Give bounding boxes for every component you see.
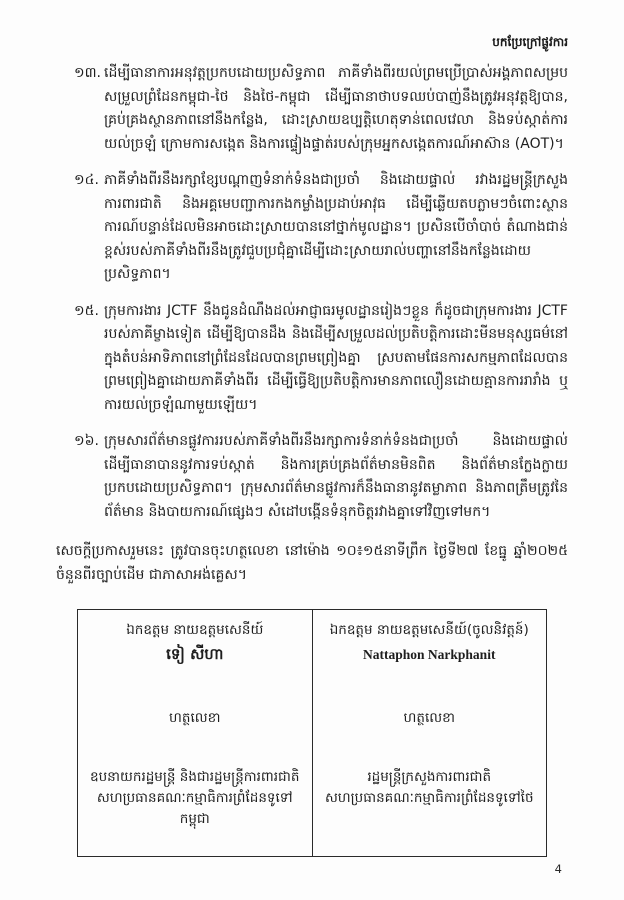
signature-table: ឯកឧត្តម នាយឧត្តមសេនីយ៍ ទៀ សីហា ហត្ថលេខា … (77, 609, 547, 857)
document-body: ១៣. ដើម្បីធានាការអនុវត្តប្រកបដោយប្រសិទ្ធ… (56, 62, 568, 857)
paragraph-15-number: ១៥. (74, 300, 104, 418)
paragraph-14-text: ភាគីទាំងពីរនឹងរក្សាខ្សែបណ្ដាញទំនាក់ទំនងជ… (104, 169, 568, 287)
paragraph-14-number: ១៤. (74, 169, 104, 287)
paragraph-13: ១៣. ដើម្បីធានាការអនុវត្តប្រកបដោយប្រសិទ្ធ… (74, 62, 568, 156)
signatory-role1-thailand: រដ្ឋមន្ត្រីក្រសួងការពារជាតិ (321, 767, 539, 788)
signature-cell-thailand: ឯកឧត្តម នាយឧត្តមសេនីយ៍(ចូលនិវត្តន៍) Natt… (312, 610, 547, 857)
paragraph-16: ១៦. ក្រុមសារព័ត៌មានផ្លូវការរបស់ភាគីទាំងព… (74, 430, 568, 524)
closing-paragraph: សេចក្ដីប្រកាសរួមនេះ ត្រូវបានចុះហត្ថលេខា … (56, 540, 568, 587)
document-page: បកប្រែក្រៅផ្លូវការ ១៣. ដើម្បីធានាការអនុវ… (0, 0, 624, 900)
paragraph-16-text: ក្រុមសារព័ត៌មានផ្លូវការរបស់ភាគីទាំងពីរនឹ… (104, 430, 568, 524)
paragraph-14: ១៤. ភាគីទាំងពីរនឹងរក្សាខ្សែបណ្ដាញទំនាក់ទ… (74, 169, 568, 287)
signatory-title-cambodia: ឯកឧត្តម នាយឧត្តមសេនីយ៍ (86, 620, 304, 641)
paragraph-15-text: ក្រុមការងារ JCTF នឹងជូនដំណឹងដល់អាជ្ញាធរម… (104, 300, 568, 418)
signatory-name-thailand: Nattaphon Narkphanit (321, 645, 539, 666)
paragraph-16-number: ១៦. (74, 430, 104, 524)
paragraph-15: ១៥. ក្រុមការងារ JCTF នឹងជូនដំណឹងដល់អាជ្ញ… (74, 300, 568, 418)
signature-cell-cambodia: ឯកឧត្តម នាយឧត្តមសេនីយ៍ ទៀ សីហា ហត្ថលេខា … (78, 610, 313, 857)
signature-label-thailand: ហត្ថលេខា (321, 708, 539, 729)
page-number: 4 (555, 862, 562, 876)
paragraph-13-number: ១៣. (74, 62, 104, 156)
signatory-role2-cambodia: សហប្រធានគណៈកម្មាធិការព្រំដែនទូទៅកម្ពុជា (86, 788, 304, 830)
document-header: បកប្រែក្រៅផ្លូវការ (492, 34, 568, 52)
header-label: បកប្រែក្រៅផ្លូវការ (492, 35, 568, 49)
signature-label-cambodia: ហត្ថលេខា (86, 708, 304, 729)
paragraph-13-text: ដើម្បីធានាការអនុវត្តប្រកបដោយប្រសិទ្ធភាព … (104, 62, 568, 156)
signatory-role1-cambodia: ឧបនាយករដ្ឋមន្ត្រី និងជារដ្ឋមន្ត្រីការពារ… (86, 767, 304, 788)
signatory-role2-thailand: សហប្រធានគណៈកម្មាធិការព្រំដែនទូទៅថៃ (321, 788, 539, 809)
signatory-name-cambodia: ទៀ សីហា (86, 643, 304, 666)
signatory-title-thailand: ឯកឧត្តម នាយឧត្តមសេនីយ៍(ចូលនិវត្តន៍) (321, 620, 539, 641)
